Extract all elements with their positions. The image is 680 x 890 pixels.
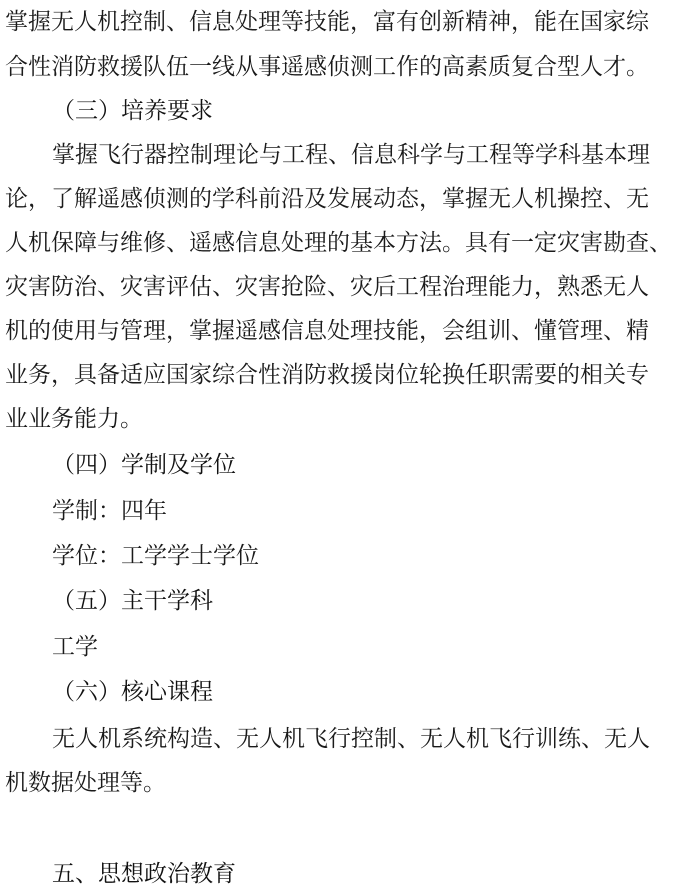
paragraph-line: 灾害防治、灾害评估、灾害抢险、灾后工程治理能力，熟悉无人	[5, 265, 677, 309]
paragraph-line: 论，了解遥感侦测的学科前沿及发展动态，掌握无人机操控、无	[5, 177, 677, 221]
section-heading-duration-degree: （四）学制及学位	[52, 443, 677, 487]
paragraph-line: 机的使用与管理，掌握遥感信息处理技能，会组训、懂管理、精	[5, 309, 677, 353]
intro-line-1: 掌握无人机控制、信息处理等技能，富有创新精神，能在国家综	[5, 0, 677, 44]
main-discipline-line: 工学	[52, 625, 677, 669]
chapter-heading-political-education: 五、思想政治教育	[52, 852, 677, 890]
duration-line: 学制：四年	[52, 489, 677, 533]
section-heading-core-courses: （六）核心课程	[52, 670, 677, 714]
section-heading-main-discipline: （五）主干学科	[52, 579, 677, 623]
paragraph-line: 无人机系统构造、无人机飞行控制、无人机飞行训练、无人	[52, 717, 677, 761]
paragraph-line: 人机保障与维修、遥感信息处理的基本方法。具有一定灾害勘查、	[5, 221, 677, 265]
intro-line-2: 合性消防救援队伍一线从事遥感侦测工作的高素质复合型人才。	[5, 45, 677, 89]
paragraph-line: 业业务能力。	[5, 397, 677, 441]
section-heading-training-requirements: （三）培养要求	[52, 89, 677, 133]
degree-line: 学位：工学学士学位	[52, 534, 677, 578]
paragraph-line: 业务，具备适应国家综合性消防救援岗位轮换任职需要的相关专	[5, 353, 677, 397]
paragraph-line: 机数据处理等。	[5, 761, 677, 805]
paragraph-line: 掌握飞行器控制理论与工程、信息科学与工程等学科基本理	[52, 133, 677, 177]
